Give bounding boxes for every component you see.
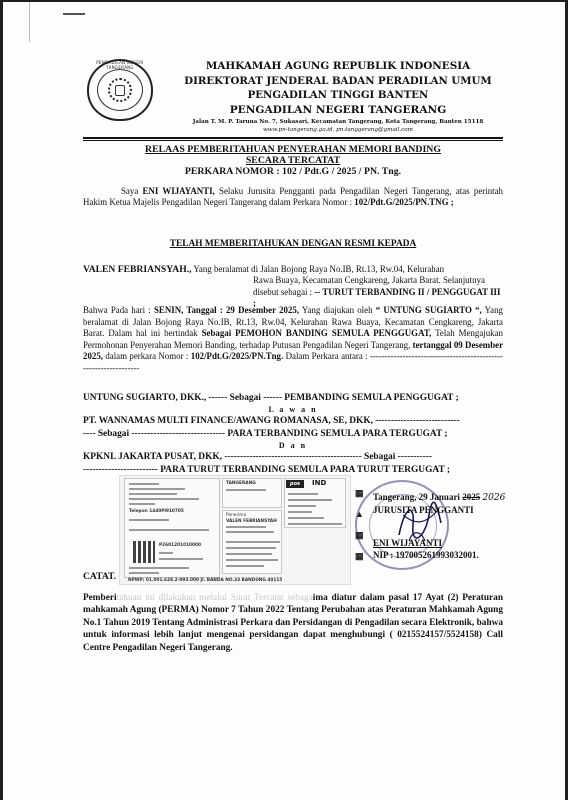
handwritten-year: 2026 — [482, 493, 505, 503]
signer-nip: NIP : 197005261993032001. — [373, 550, 543, 562]
postal-receipt-image: Telepon 1440PI910705 P2601201010000 TANG… — [119, 475, 351, 585]
intro-paragraph: Saya ENI WIJAYANTI, Selaku Jurusita Peng… — [83, 186, 503, 209]
party-row: ---- Sebagai ---------------------------… — [83, 428, 503, 441]
footer-note: Pemberitahuan ini dilakukan melalui Sura… — [83, 592, 503, 654]
receipt-npwp: NPWP: 01.001.628.2-093.000 Jl. BANDA NO.… — [128, 578, 282, 583]
document-page: PENGADILAN NEGERI TANGERANG MAHKAMAH AGU… — [3, 2, 565, 800]
bailiff-name: ENI WIJAYANTI, — [143, 186, 215, 196]
place-date: Tangerang, 29 Januari 2025 2026 — [373, 492, 543, 505]
document-title: RELAAS PEMBERITAHUAN PENYERAHAN MEMORI B… — [83, 144, 503, 155]
intro-case-number: 102/Pdt.G/2025/PN.TNG ; — [354, 197, 453, 207]
receipt-recipient-panel: Penerima VALEN FEBRIANSYAH — [222, 510, 282, 574]
court-seal-icon: PENGADILAN NEGERI TANGERANG — [87, 59, 153, 121]
parties-list: UNTUNG SUGIARTO, DKK., ------ Sebagai --… — [83, 392, 503, 477]
binder-line — [29, 2, 30, 42]
letterhead-line-1: MAHKAMAH AGUNG REPUBLIK INDONESIA — [153, 59, 523, 74]
pen-mark — [63, 13, 85, 15]
seal-text: PENGADILAN NEGERI TANGERANG — [89, 60, 151, 70]
recipient-block: VALEN FEBRIANSYAH., Yang beralamat di Ja… — [83, 264, 503, 310]
pos-logo-suffix: IND — [312, 479, 326, 487]
recipient-name: VALEN FEBRIANSYAH., — [83, 264, 192, 275]
tracking-number: P2601201010000 — [159, 543, 201, 548]
signer-title: JURUSITA PENGGANTI — [373, 505, 543, 517]
letterhead-web: www.pn-tangerang.go.id, pn.tanggerang@gm… — [153, 126, 523, 134]
letterhead: MAHKAMAH AGUNG REPUBLIK INDONESIA DIREKT… — [153, 59, 523, 134]
header-rule — [83, 137, 503, 139]
stamp-marks-icon: ▦▲▦▦ — [355, 483, 369, 567]
party-row: PT. WANNAMAS MULTI FINANCE/AWANG ROMANAS… — [83, 415, 503, 428]
signature-block: Tangerang, 29 Januari 2025 2026 JURUSITA… — [373, 492, 543, 561]
letterhead-line-4: PENGADILAN NEGERI TANGERANG — [153, 103, 523, 118]
receipt-recipient-name: VALEN FEBRIANSYAH — [226, 519, 277, 524]
catat-label: CATAT. — [83, 571, 116, 582]
qr-code-icon — [133, 541, 155, 563]
letterhead-address: Jalan T. M. P. Taruna No. 7, Sukasari, K… — [153, 118, 523, 126]
receipt-origin-panel: TANGERANG — [222, 478, 282, 508]
receipt-sender-panel: Telepon 1440PI910705 P2601201010000 — [124, 478, 220, 578]
party-separator: D a n — [83, 441, 503, 451]
party-row: UNTUNG SUGIARTO, DKK., ------ Sebagai --… — [83, 392, 503, 405]
party-separator: L a w a n — [83, 405, 503, 415]
letterhead-line-3: PENGADILAN TINGGI BANTEN — [153, 88, 523, 103]
case-number: PERKARA NOMOR : 102 / Pdt.G / 2025 / PN.… — [83, 166, 503, 177]
header-rule-thin — [83, 140, 503, 141]
bahwa-paragraph: Bahwa Pada hari : SENIN, Tanggal : 29 De… — [83, 305, 503, 375]
signer-name: ENI WIJAYANTI — [373, 538, 543, 550]
party-row: KPKNL JAKARTA PUSAT, DKK, --------------… — [83, 451, 503, 464]
notice-heading: TELAH MEMBERITAHUKAN DENGAN RESMI KEPADA — [83, 239, 503, 249]
document-subtitle: SECARA TERCATAT — [83, 155, 503, 166]
pos-logo-icon: pos — [286, 480, 304, 488]
letterhead-line-2: DIREKTORAT JENDERAL BADAN PERADILAN UMUM — [153, 74, 523, 89]
